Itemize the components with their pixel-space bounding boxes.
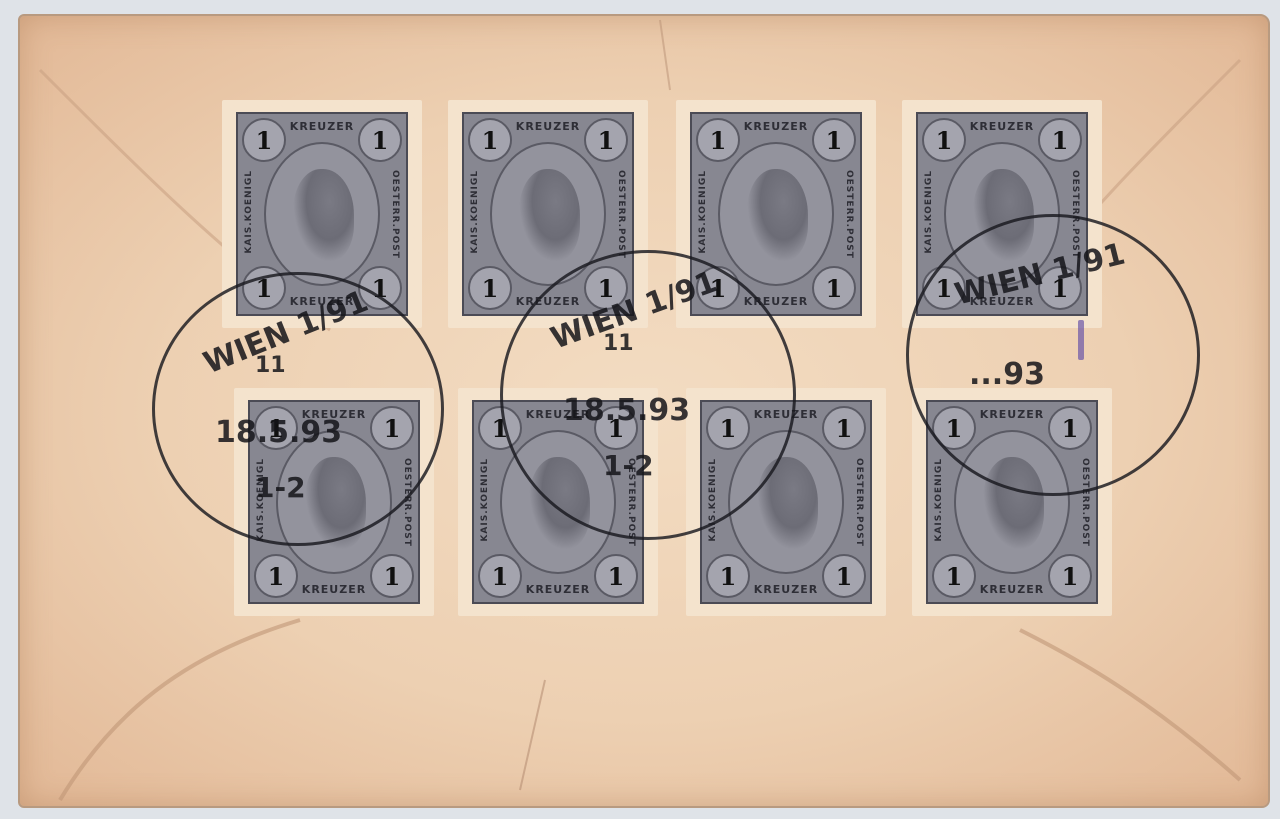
denomination-top: KREUZER xyxy=(288,120,356,133)
violet-pencil-mark xyxy=(1078,320,1084,360)
stamp-1-kreuzer: 1 1 1 1 KREUZER KREUZER KAIS.KOENIGL OES… xyxy=(222,100,422,328)
value-numeral: 1 xyxy=(932,554,976,598)
right-legend: OESTERR.POST xyxy=(616,170,626,259)
value-numeral: 1 xyxy=(822,406,866,450)
stamp-1-kreuzer: 1 1 1 1 KREUZER KREUZER KAIS.KOENIGL OES… xyxy=(676,100,876,328)
denomination-bottom: KREUZER xyxy=(288,295,356,308)
left-legend: KAIS.KOENIGL xyxy=(924,170,934,254)
left-legend: KAIS.KOENIGL xyxy=(708,458,718,542)
value-numeral: 1 xyxy=(932,406,976,450)
stamp-design: 1 1 1 1 KREUZER KREUZER KAIS.KOENIGL OES… xyxy=(690,112,862,316)
right-legend: OESTERR.POST xyxy=(1070,170,1080,259)
value-numeral: 1 xyxy=(922,118,966,162)
value-numeral: 1 xyxy=(812,118,856,162)
stamp-1-kreuzer: 1 1 1 1 KREUZER KREUZER KAIS.KOENIGL OES… xyxy=(912,388,1112,616)
stamp-1-kreuzer: 1 1 1 1 KREUZER KREUZER KAIS.KOENIGL OES… xyxy=(234,388,434,616)
emperor-portrait xyxy=(757,457,819,549)
right-legend: OESTERR.POST xyxy=(626,458,636,547)
value-numeral: 1 xyxy=(1038,118,1082,162)
value-numeral: 1 xyxy=(594,554,638,598)
stamp-design: 1 1 1 1 KREUZER KREUZER KAIS.KOENIGL OES… xyxy=(472,400,644,604)
emperor-portrait xyxy=(305,457,367,549)
stamp-block: 1 1 1 1 KREUZER KREUZER KAIS.KOENIGL OES… xyxy=(0,0,1280,819)
left-legend: KAIS.KOENIGL xyxy=(256,458,266,542)
emperor-portrait xyxy=(293,169,355,261)
denomination-top: KREUZER xyxy=(524,408,592,421)
stamp-design: 1 1 1 1 KREUZER KREUZER KAIS.KOENIGL OES… xyxy=(916,112,1088,316)
left-legend: KAIS.KOENIGL xyxy=(934,458,944,542)
stamp-design: 1 1 1 1 KREUZER KREUZER KAIS.KOENIGL OES… xyxy=(248,400,420,604)
denomination-top: KREUZER xyxy=(514,120,582,133)
portrait-oval xyxy=(954,430,1070,574)
denomination-top: KREUZER xyxy=(742,120,810,133)
value-numeral: 1 xyxy=(812,266,856,310)
right-legend: OESTERR.POST xyxy=(844,170,854,259)
right-legend: OESTERR.POST xyxy=(390,170,400,259)
denomination-top: KREUZER xyxy=(968,120,1036,133)
value-numeral: 1 xyxy=(242,118,286,162)
stamp-1-kreuzer: 1 1 1 1 KREUZER KREUZER KAIS.KOENIGL OES… xyxy=(902,100,1102,328)
value-numeral: 1 xyxy=(584,118,628,162)
denomination-bottom: KREUZER xyxy=(968,295,1036,308)
value-numeral: 1 xyxy=(254,406,298,450)
stamp-1-kreuzer: 1 1 1 1 KREUZER KREUZER KAIS.KOENIGL OES… xyxy=(448,100,648,328)
value-numeral: 1 xyxy=(1048,554,1092,598)
stamp-design: 1 1 1 1 KREUZER KREUZER KAIS.KOENIGL OES… xyxy=(462,112,634,316)
value-numeral: 1 xyxy=(478,554,522,598)
denomination-bottom: KREUZER xyxy=(300,583,368,596)
stamp-1-kreuzer: 1 1 1 1 KREUZER KREUZER KAIS.KOENIGL OES… xyxy=(458,388,658,616)
value-numeral: 1 xyxy=(594,406,638,450)
denomination-top: KREUZER xyxy=(300,408,368,421)
emperor-portrait xyxy=(983,457,1045,549)
value-numeral: 1 xyxy=(358,266,402,310)
emperor-portrait xyxy=(529,457,591,549)
value-numeral: 1 xyxy=(1038,266,1082,310)
value-numeral: 1 xyxy=(468,266,512,310)
value-numeral: 1 xyxy=(254,554,298,598)
portrait-oval xyxy=(264,142,380,286)
value-numeral: 1 xyxy=(358,118,402,162)
value-numeral: 1 xyxy=(922,266,966,310)
portrait-oval xyxy=(276,430,392,574)
value-numeral: 1 xyxy=(468,118,512,162)
right-legend: OESTERR.POST xyxy=(1080,458,1090,547)
portrait-oval xyxy=(490,142,606,286)
value-numeral: 1 xyxy=(1048,406,1092,450)
stamp-design: 1 1 1 1 KREUZER KREUZER KAIS.KOENIGL OES… xyxy=(926,400,1098,604)
denomination-bottom: KREUZER xyxy=(752,583,820,596)
value-numeral: 1 xyxy=(822,554,866,598)
value-numeral: 1 xyxy=(584,266,628,310)
denomination-bottom: KREUZER xyxy=(514,295,582,308)
portrait-oval xyxy=(718,142,834,286)
value-numeral: 1 xyxy=(370,406,414,450)
right-legend: OESTERR.POST xyxy=(402,458,412,547)
left-legend: KAIS.KOENIGL xyxy=(470,170,480,254)
value-numeral: 1 xyxy=(696,118,740,162)
emperor-portrait xyxy=(519,169,581,261)
left-legend: KAIS.KOENIGL xyxy=(480,458,490,542)
stamp-1-kreuzer: 1 1 1 1 KREUZER KREUZER KAIS.KOENIGL OES… xyxy=(686,388,886,616)
emperor-portrait xyxy=(747,169,809,261)
value-numeral: 1 xyxy=(370,554,414,598)
denomination-top: KREUZER xyxy=(978,408,1046,421)
value-numeral: 1 xyxy=(478,406,522,450)
denomination-bottom: KREUZER xyxy=(742,295,810,308)
stamp-design: 1 1 1 1 KREUZER KREUZER KAIS.KOENIGL OES… xyxy=(236,112,408,316)
value-numeral: 1 xyxy=(706,554,750,598)
stamp-design: 1 1 1 1 KREUZER KREUZER KAIS.KOENIGL OES… xyxy=(700,400,872,604)
portrait-oval xyxy=(500,430,616,574)
left-legend: KAIS.KOENIGL xyxy=(244,170,254,254)
denomination-bottom: KREUZER xyxy=(524,583,592,596)
value-numeral: 1 xyxy=(706,406,750,450)
emperor-portrait xyxy=(973,169,1035,261)
denomination-top: KREUZER xyxy=(752,408,820,421)
portrait-oval xyxy=(728,430,844,574)
denomination-bottom: KREUZER xyxy=(978,583,1046,596)
value-numeral: 1 xyxy=(242,266,286,310)
left-legend: KAIS.KOENIGL xyxy=(698,170,708,254)
value-numeral: 1 xyxy=(696,266,740,310)
right-legend: OESTERR.POST xyxy=(854,458,864,547)
portrait-oval xyxy=(944,142,1060,286)
